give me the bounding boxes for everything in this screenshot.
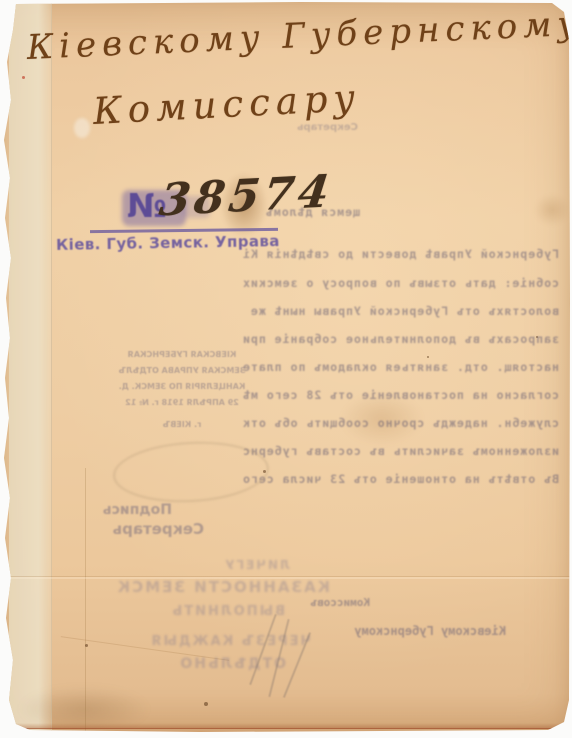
bleedthrough-stamp-line: КАЗАННОСТИ ЗЕМСКІЯ bbox=[118, 578, 330, 596]
bleedthrough-letterhead-line: г. КІЕВЪ bbox=[104, 420, 260, 429]
paper-abrasion-spot bbox=[74, 118, 90, 138]
bleedthrough-stamp-line: ОТДѢЛЬНО bbox=[168, 656, 286, 672]
bleedthrough-typed-line: Въ отвѣтъ на отношеніе отъ 23 числа сего bbox=[243, 472, 559, 486]
red-speck bbox=[22, 76, 25, 79]
bleedthrough-letterhead-line: КІЕВСКАЯ ГУБЕРНСКАЯ bbox=[104, 350, 260, 359]
paper-sheet: Секретарь Кіевскому Губернскому Комиссар… bbox=[0, 0, 572, 738]
handwritten-addressee-line1: Кіевскому Губернскому bbox=[26, 4, 572, 68]
bleedthrough-typed-line: запросахъ въ дополнительное собраніе при… bbox=[243, 332, 559, 346]
bleedthrough-signature-line: Подпись bbox=[82, 502, 172, 518]
bleedthrough-stamp-line: ВЫПОЛНИТЬ bbox=[150, 604, 285, 619]
paper-speck bbox=[427, 356, 429, 358]
bleedthrough-addressee-line: Кіевскому Губернскому bbox=[308, 624, 506, 638]
paper-speck bbox=[204, 702, 208, 706]
bleedthrough-secretary-signature: Секретарь bbox=[84, 520, 204, 538]
bleedthrough-letterhead-line: 29 АПРѢЛЯ 1918 г. № 12 bbox=[104, 398, 260, 407]
edge-stain bbox=[534, 194, 570, 226]
bleedthrough-addressee-line: Комиссовъ bbox=[288, 596, 370, 609]
bleedthrough-stamp-line: ЛИЧЕГУ bbox=[195, 558, 290, 572]
bleedthrough-typed-line: собніе: дать отзывъ по вопросу о земских… bbox=[243, 276, 559, 290]
bleedthrough-stamp-line: ЧЕРЕЗЪ КАЖДЫЯ bbox=[146, 634, 311, 649]
bleedthrough-secretary-line: Секретарь bbox=[286, 122, 358, 133]
bleedthrough-typed-line: служебн. надеждъ срочно сообщить объ отк… bbox=[243, 416, 559, 430]
bleedthrough-typed-line: волостяхъ отъ Губернской Управы нынѣ же … bbox=[243, 304, 559, 318]
pencil-scribble bbox=[249, 614, 277, 685]
oval-stamp-outline bbox=[112, 438, 271, 506]
paper-speck bbox=[85, 644, 88, 647]
scanned-document-background: Секретарь Кіевскому Губернскому Комиссар… bbox=[0, 0, 572, 738]
bleedthrough-typed-line: согласно на постановленіе отъ 28 сего мѣ… bbox=[243, 388, 559, 402]
torn-edge-light-strip bbox=[9, 0, 52, 738]
bleedthrough-typed-line: щемся дѣломъ bbox=[250, 205, 360, 219]
bleedthrough-typed-line: настоящ. отд. занятьея окладомъ по плате… bbox=[243, 360, 559, 374]
bleedthrough-letterhead-line: КАНЦЕЛЯРІЯ ПО ЗЕМСК. Д. bbox=[104, 382, 260, 391]
bleedthrough-typed-line: изложенномъ зачислить въ составъ губернс… bbox=[243, 444, 559, 458]
bottom-edge-line bbox=[8, 728, 566, 729]
bleedthrough-typed-line: Губернской Управѣ довести до свѣдѣнія Кі… bbox=[243, 247, 559, 261]
bleedthrough-letterhead-line: ЗЕМСКАЯ УПРАВА ОТДѢЛЪ bbox=[104, 366, 260, 375]
